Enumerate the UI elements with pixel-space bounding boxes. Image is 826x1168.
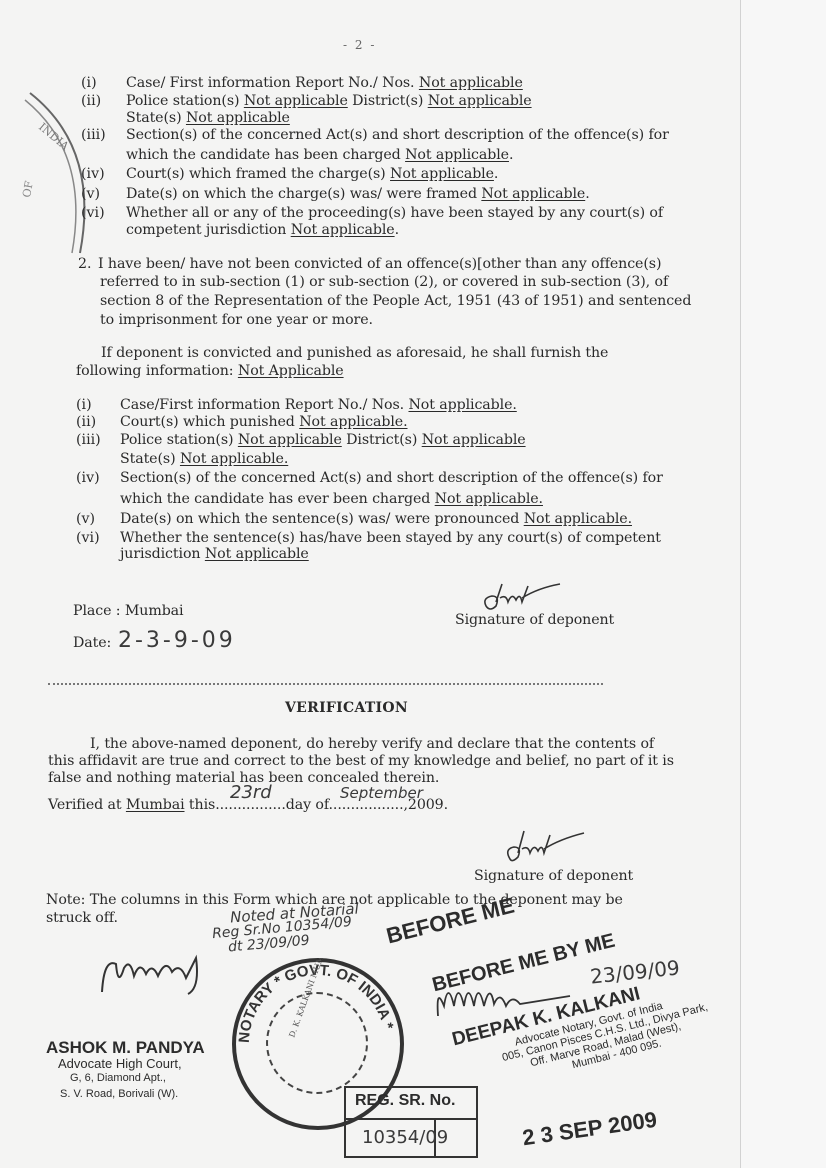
item-number: (ii): [81, 93, 101, 110]
field-label: Police station(s): [120, 432, 238, 448]
advocate-line: S. V. Road, Borivali (W).: [60, 1088, 178, 1100]
handwritten-month: September: [340, 784, 423, 802]
list-item-line: State(s) Not applicable.: [120, 451, 288, 468]
reg-value: 10354/09: [362, 1127, 448, 1148]
field-value: Not applicable: [419, 75, 523, 91]
list-item-line: Date(s) on which the sentence(s) was/ we…: [120, 511, 632, 528]
list-item-line: Police station(s) Not applicable Distric…: [126, 93, 532, 110]
item-number: (vi): [76, 530, 100, 547]
field-label: jurisdiction: [120, 546, 205, 562]
field-value: Not applicable.: [408, 397, 516, 413]
field-label: Date(s) on which the charge(s) was/ were…: [126, 186, 481, 202]
field-value: Not applicable: [405, 147, 509, 163]
field-value: Not applicable.: [435, 491, 543, 507]
list-item-line: State(s) Not applicable: [126, 110, 290, 127]
item-number: (iv): [76, 470, 100, 487]
advocate-signature: [96, 948, 216, 998]
paragraph-line: referred to in sub-section (1) or sub-se…: [100, 274, 668, 291]
list-item-line: Section(s) of the concerned Act(s) and s…: [120, 470, 663, 487]
field-value: Not applicable: [205, 546, 309, 562]
field-value: Not applicable: [481, 186, 585, 202]
reg-label: REG. SR. No.: [355, 1092, 455, 1110]
list-item-line: jurisdiction Not applicable: [120, 546, 309, 563]
item-number: (i): [81, 75, 97, 92]
field-value: Not applicable: [428, 93, 532, 109]
intro-line: If deponent is convicted and punished as…: [101, 345, 608, 362]
list-item-line: which the candidate has ever been charge…: [120, 491, 543, 508]
item-number: (iii): [81, 127, 106, 144]
partial-seal-stamp: INDIA OF: [20, 88, 90, 258]
item-number: (v): [76, 511, 95, 528]
paragraph-line: section 8 of the Representation of the P…: [100, 293, 691, 310]
paragraph-number: 2.: [78, 256, 92, 273]
field-label: Section(s) of the concerned Act(s) and s…: [120, 470, 663, 486]
scan-margin: [740, 0, 826, 1168]
field-label: .: [494, 166, 498, 182]
field-value: Not applicable: [238, 432, 342, 448]
field-label: .: [509, 147, 513, 163]
field-label: which the candidate has ever been charge…: [120, 491, 435, 507]
item-number: (vi): [81, 205, 105, 222]
verified-prefix: Verified at: [48, 797, 126, 813]
field-value: Not applicable.: [180, 451, 288, 467]
field-value: Not applicable: [291, 222, 395, 238]
field-label: Police station(s): [126, 93, 244, 109]
field-label: .: [585, 186, 589, 202]
list-item-line: Date(s) on which the charge(s) was/ were…: [126, 186, 590, 203]
verified-place: Mumbai: [126, 797, 185, 813]
advocate-line: G, 6, Diamond Apt.,: [70, 1072, 166, 1084]
field-label: State(s): [120, 451, 180, 467]
list-item-line: Police station(s) Not applicable Distric…: [120, 432, 526, 449]
verified-this: this: [185, 797, 216, 813]
signature-label: Signature of deponent: [474, 868, 633, 885]
field-value: Not applicable.: [299, 414, 407, 430]
field-label: Case/First information Report No./ Nos.: [120, 397, 408, 413]
field-value: Not applicable: [390, 166, 494, 182]
list-item-line: Whether all or any of the proceeding(s) …: [126, 205, 663, 222]
field-label: State(s): [126, 110, 186, 126]
advocate-line: Advocate High Court,: [58, 1056, 182, 1071]
intro-text: following information:: [76, 363, 238, 379]
field-label: which the candidate has been charged: [126, 147, 405, 163]
field-label: Whether all or any of the proceeding(s) …: [126, 205, 663, 221]
field-label: Section(s) of the concerned Act(s) and s…: [126, 127, 669, 143]
field-value: Not applicable.: [524, 511, 632, 527]
field-label: Court(s) which framed the charge(s): [126, 166, 390, 182]
list-item-line: Whether the sentence(s) has/have been st…: [120, 530, 661, 547]
date-label: Date:: [73, 635, 111, 652]
field-value: Not applicable: [244, 93, 348, 109]
item-number: (iii): [76, 432, 101, 449]
item-number: (i): [76, 397, 92, 414]
list-item-line: Court(s) which punished Not applicable.: [120, 414, 408, 431]
verification-line: this affidavit are true and correct to t…: [48, 753, 674, 770]
list-item-line: Section(s) of the concerned Act(s) and s…: [126, 127, 669, 144]
field-label: Whether the sentence(s) has/have been st…: [120, 530, 661, 546]
note-line: struck off.: [46, 910, 118, 927]
list-item-line: competent jurisdiction Not applicable.: [126, 222, 399, 239]
deponent-signature-1: [478, 578, 568, 614]
item-number: (ii): [76, 414, 96, 431]
paragraph-line: I have been/ have not been convicted of …: [98, 256, 661, 273]
list-item-line: Case/First information Report No./ Nos. …: [120, 397, 517, 414]
paragraph-line: to imprisonment for one year or more.: [100, 312, 373, 329]
deponent-signature-2: [498, 825, 588, 865]
list-item-line: Case/ First information Report No./ Nos.…: [126, 75, 523, 92]
intro-line: following information: Not Applicable: [76, 363, 344, 380]
field-label: District(s): [348, 93, 428, 109]
place-label: Place : Mumbai: [73, 603, 183, 620]
list-item-line: Court(s) which framed the charge(s) Not …: [126, 166, 498, 183]
field-label: District(s): [342, 432, 422, 448]
field-label: Date(s) on which the sentence(s) was/ we…: [120, 511, 524, 527]
day-of: day of: [286, 797, 329, 813]
divider: [48, 683, 603, 685]
item-number: (v): [81, 186, 100, 203]
field-label: Court(s) which punished: [120, 414, 299, 430]
signature-label: Signature of deponent: [455, 612, 614, 629]
field-label: .: [395, 222, 399, 238]
field-label: Case/ First information Report No./ Nos.: [126, 75, 419, 91]
item-number: (iv): [81, 166, 105, 183]
svg-text:OF: OF: [20, 180, 36, 199]
field-value: Not applicable: [186, 110, 290, 126]
handwritten-day: 23rd: [230, 782, 272, 803]
page-number: - 2 -: [343, 38, 376, 52]
advocate-name: ASHOK M. PANDYA: [46, 1038, 205, 1058]
verification-heading: VERIFICATION: [285, 700, 408, 716]
intro-value: Not Applicable: [238, 363, 344, 379]
field-label: competent jurisdiction: [126, 222, 291, 238]
list-item-line: which the candidate has been charged Not…: [126, 147, 513, 164]
handwritten-date: 2-3-9-09: [118, 628, 236, 653]
field-value: Not applicable: [422, 432, 526, 448]
verification-line: I, the above-named deponent, do hereby v…: [90, 736, 654, 753]
